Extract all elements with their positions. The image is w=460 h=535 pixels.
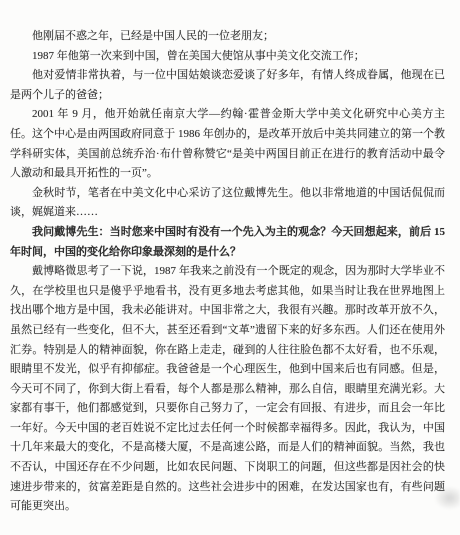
paragraph: 他对爱情非常执着，与一位中国姑娘谈恋爱谈了好多年，有情人终成眷属，他现在已是两个… [10,66,445,105]
paragraph: 我问戴博先生：当时您来中国时有没有一个先入为主的观念？今天回想起来，前后 15 … [10,223,445,262]
document-page: 他刚届不惑之年，已经是中国人民的一位老朋友；1987 年他第一次来到中国，曾在美… [0,0,460,535]
paragraph: 他刚届不惑之年，已经是中国人民的一位老朋友； [10,27,445,47]
paragraph: 2001 年 9 月，他开始就任南京大学—约翰·霍普金斯大学中美文化研究中心美方… [10,105,445,183]
paragraph: 金秋时节，笔者在中美文化中心采访了这位戴博先生。他以非常地道的中国话侃侃而谈，娓… [10,184,445,223]
paragraph: 戴博略微思考了一下说，1987 年我来之前没有一个既定的观念，因为那时大学毕业不… [10,262,445,517]
article-text: 他刚届不惑之年，已经是中国人民的一位老朋友；1987 年他第一次来到中国，曾在美… [0,0,460,517]
paragraph: 1987 年他第一次来到中国，曾在美国大使馆从事中美文化交流工作； [10,47,445,67]
